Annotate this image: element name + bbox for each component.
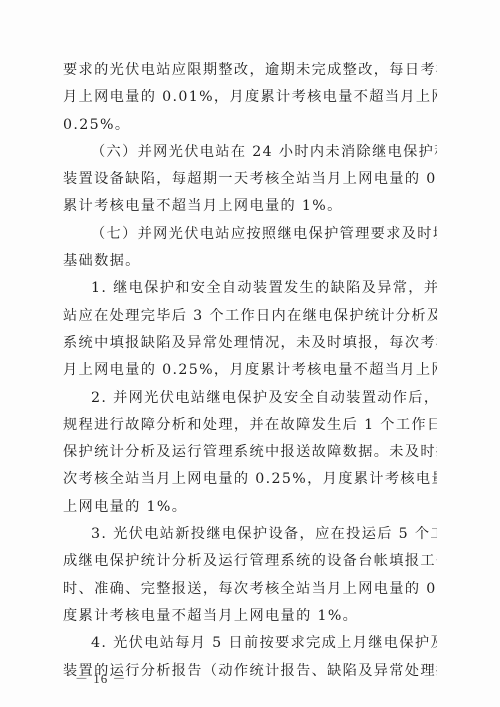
text-line: 次考核全站当月上网电量的 0.25%，月度累计考核电量不超当月 [63, 466, 437, 493]
document-page: 要求的光伏电站应限期整改，逾期未完成整改，每日考核全站当月上网电量的 0.01%… [0, 0, 500, 707]
text-line: 装置设备缺陷，每超期一天考核全站当月上网电量的 0.1%，月度 [63, 166, 437, 193]
paragraph-first-line: 4. 光伏电站每月 5 日前按要求完成上月继电保护及安全自动 [63, 630, 437, 657]
text-line: 成继电保护统计分析及运行管理系统的设备台帐填报工作，未及 [63, 548, 437, 575]
page-number: － 16 － [75, 668, 127, 687]
paragraph-first-line: 3. 光伏电站新投继电保护设备，应在投运后 5 个工作日内完 [63, 521, 437, 548]
text-line: 上网电量的 1%。 [63, 494, 437, 521]
paragraph-first-line: （六）并网光伏电站在 24 小时内未消除继电保护和安全自动 [63, 139, 437, 166]
paragraph-first-line: 1. 继电保护和安全自动装置发生的缺陷及异常，并网光伏电 [63, 275, 437, 302]
body-text: 要求的光伏电站应限期整改，逾期未完成整改，每日考核全站当月上网电量的 0.01%… [63, 57, 437, 685]
text-line: 月上网电量的 0.25%，月度累计考核电量不超当月上网电量的 1%。 [63, 357, 437, 384]
text-line: 月上网电量的 0.01%，月度累计考核电量不超当月上网电量的 [63, 84, 437, 111]
text-line: 基础数据。 [63, 248, 437, 275]
text-line: 系统中填报缺陷及异常处理情况，未及时填报，每次考核全站当 [63, 330, 437, 357]
text-line: 站应在处理完毕后 3 个工作日内在继电保护统计分析及运行管理 [63, 303, 437, 330]
text-line: 要求的光伏电站应限期整改，逾期未完成整改，每日考核全站当 [63, 57, 437, 84]
paragraph-first-line: 2. 并网光伏电站继电保护及安全自动装置动作后，应立即按 [63, 385, 437, 412]
text-line: 累计考核电量不超当月上网电量的 1%。 [63, 193, 437, 220]
paragraph-first-line: （七）并网光伏电站应按照继电保护管理要求及时填报设备 [63, 221, 437, 248]
text-line: 保护统计分析及运行管理系统中报送故障数据。未及时报送，每 [63, 439, 437, 466]
text-line: 规程进行故障分析和处理，并在故障发生后 1 个工作日内在继电 [63, 412, 437, 439]
text-line: 0.25%。 [63, 112, 437, 139]
text-line: 时、准确、完整报送，每次考核全站当月上网电量的 0.25%，月 [63, 576, 437, 603]
text-line: 度累计考核电量不超当月上网电量的 1%。 [63, 603, 437, 630]
